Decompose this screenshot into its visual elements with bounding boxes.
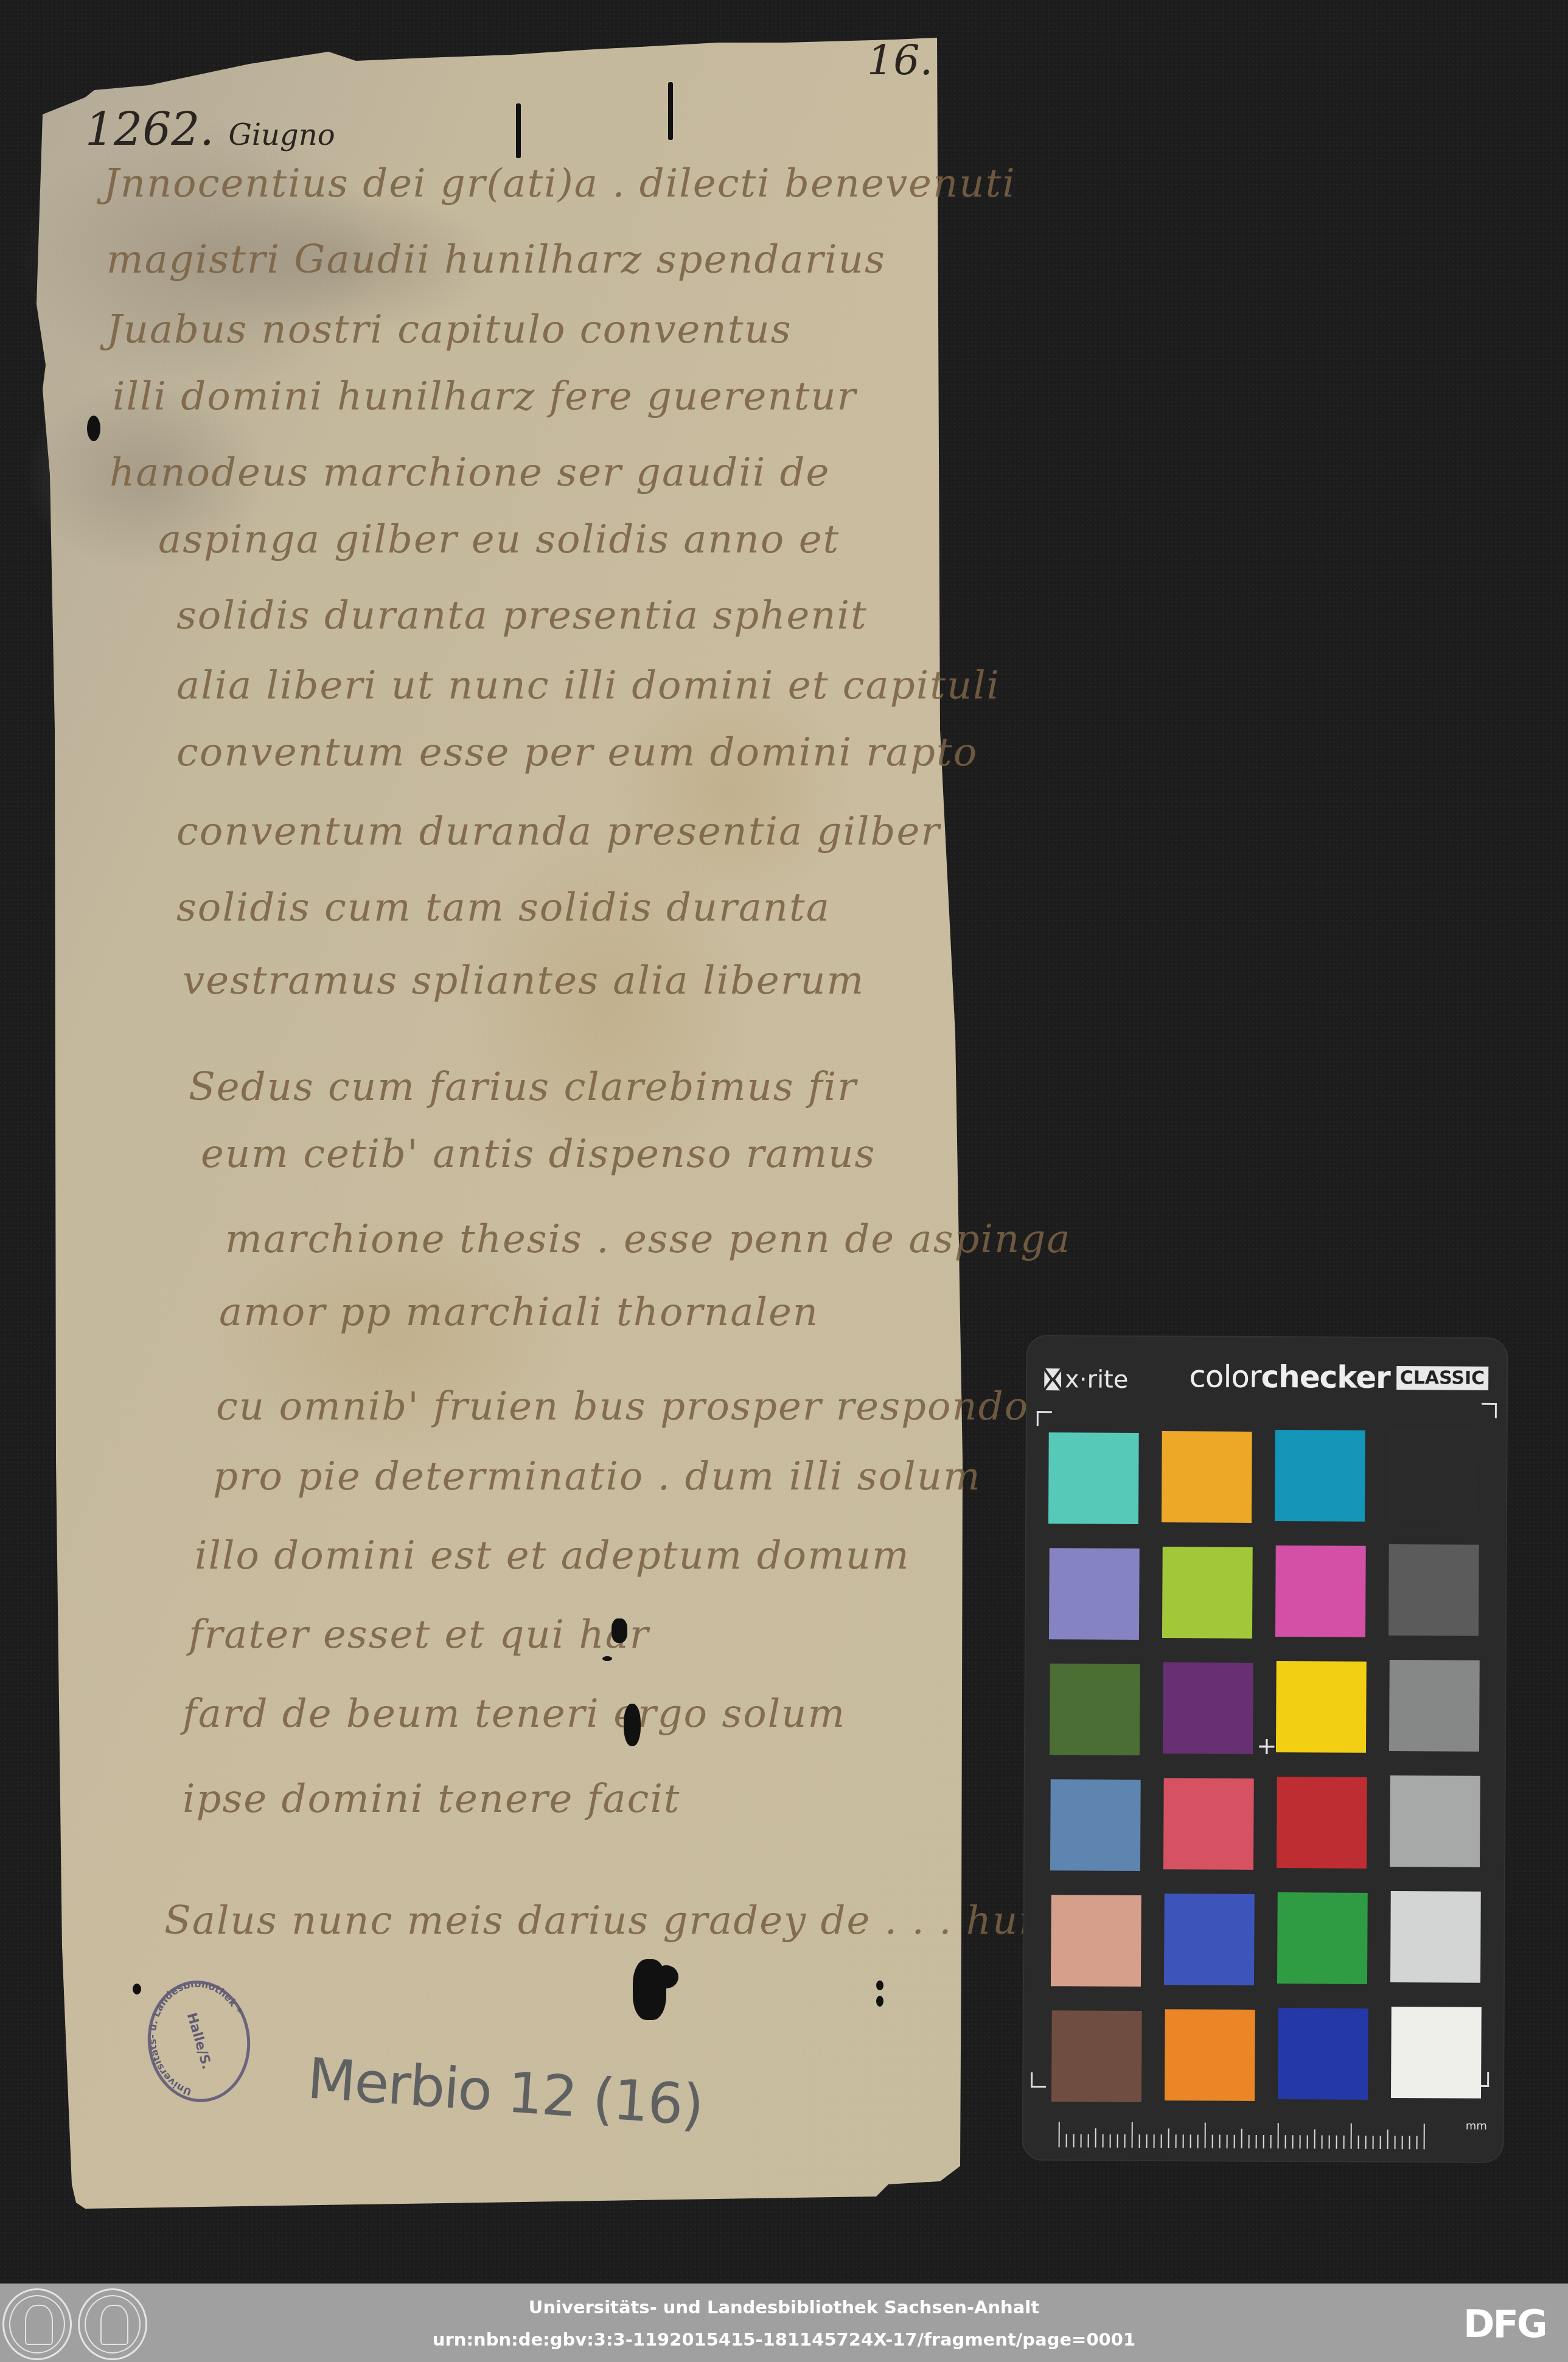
year-annotation: 1262. [85,103,214,156]
color-patch [1388,1429,1479,1521]
ruler-tick [1365,2136,1367,2149]
ruler-tick [1234,2135,1235,2148]
ruler-tick [1073,2134,1075,2147]
institution-name: Universitäts- und Landesbibliothek Sachs… [0,2297,1568,2318]
ruler-tick [1270,2135,1272,2148]
color-patch [1277,1892,1368,1984]
ruler-tick [1103,2134,1104,2148]
ruler-tick [1300,2135,1301,2148]
ruler-tick [1212,2135,1213,2148]
parchment-document: 1262. Giugno 16. Jnnocentius dei gr(ati)… [0,0,974,2251]
tear-mark [668,82,673,140]
ruler-tick [1183,2134,1184,2148]
ruler-tick [1263,2135,1264,2148]
ruler-tick [1256,2135,1257,2148]
manuscript-line: eum cetib' antis dispenso ramus [201,1132,876,1177]
ruler-tick [1343,2136,1345,2149]
damage-hole [624,1704,641,1746]
color-patch [1389,1544,1479,1636]
color-patch [1277,1777,1367,1869]
manuscript-line: magistri Gaudii hunilharz spendarius [106,237,886,282]
manuscript-line: Jnnocentius dei gr(ati)a . dilecti benev… [103,161,1016,206]
color-patch [1163,1778,1254,1870]
ruler-tick [1380,2136,1381,2149]
color-patch [1162,1547,1253,1639]
ruler-tick [1146,2134,1148,2148]
damage-hole [602,1656,612,1661]
date-annotation: 1262. Giugno [85,103,335,156]
product-light: color [1189,1359,1261,1395]
library-footer: Universitäts- und Landesbibliothek Sachs… [0,2284,1568,2362]
ruler-tick [1219,2135,1221,2148]
brand-name: x·rite [1065,1365,1128,1394]
ruler-tick [1110,2134,1111,2148]
registration-corner [1482,1403,1497,1418]
ruler-tick [1278,2123,1279,2148]
center-crosshair: + [1256,1734,1277,1758]
product-name: color checker CLASSIC [1189,1359,1488,1396]
manuscript-line: amor pp marchiali thornalen [219,1290,819,1335]
manuscript-line: frater esset et qui har [189,1612,649,1657]
product-bold: checker [1261,1359,1390,1395]
ruler-tick [1241,2129,1242,2148]
tear-mark [516,103,521,158]
ruler-unit: mm [1466,2120,1487,2133]
manuscript-line: Sedus cum farius clarebimus fir [189,1065,857,1110]
color-patch [1051,1895,1141,1987]
color-patch [1049,1548,1140,1640]
manuscript-line: marchione thesis . esse penn de aspinga [225,1217,1071,1262]
ruler-tick [1168,2128,1169,2148]
edition-tag: CLASSIC [1396,1366,1489,1390]
ruler-tick [1161,2134,1162,2148]
color-patch [1390,1775,1480,1867]
ruler-tick [1117,2134,1118,2148]
manuscript-line: solidis cum tam solidis duranta [176,885,831,930]
color-patch [1391,2007,1482,2099]
color-patch [1163,1662,1253,1754]
manuscript-line: cu omnib' fruien bus prosper respondo [216,1384,1029,1429]
ruler-tick [1139,2134,1140,2148]
ruler-tick [1409,2136,1410,2149]
ruler-tick [1373,2136,1374,2149]
ruler-tick [1395,2136,1396,2149]
manuscript-line: fard de beum teneri ergo solum [183,1691,846,1737]
manuscript-line: pro pie determinatio . dum illi solum [213,1454,981,1499]
ruler-tick [1059,2122,1060,2147]
ruler-tick [1132,2122,1133,2148]
ruler-tick [1424,2123,1425,2149]
ruler-tick [1197,2134,1199,2148]
ruler-tick [1336,2136,1337,2149]
ruler-tick [1190,2134,1191,2148]
manuscript-line: ipse domini tenere facit [183,1777,681,1822]
manuscript-line: illi domini hunilharz fere guerentur [113,374,857,419]
ruler-tick [1066,2134,1067,2147]
ruler-tick [1176,2134,1177,2148]
ruler-tick [1314,2129,1315,2148]
ruler-tick [1307,2135,1308,2148]
damage-hole [876,1981,883,1990]
ruler-tick [1088,2134,1089,2147]
ruler-tick [1402,2136,1403,2149]
folio-number: 16. [867,37,933,85]
ruler-tick [1292,2135,1294,2148]
manuscript-line: Juabus nostri capitulo conventus [106,307,792,352]
color-patch [1389,1660,1480,1752]
color-patch [1164,1893,1255,1985]
ruler-tick [1249,2135,1250,2148]
manuscript-line: solidis duranta presentia sphenit [176,593,868,638]
manuscript-line: alia liberi ut nunc illi domini et capit… [176,663,1000,708]
manuscript-line: aspinga gilber eu solidis anno et [158,517,840,562]
ruler-tick [1154,2134,1155,2148]
color-patch [1051,2010,1142,2102]
ruler-tick [1205,2122,1206,2148]
damage-hole [876,1996,883,2007]
registration-corner [1031,2072,1046,2088]
ruler-tick [1358,2136,1359,2149]
ruler-tick [1227,2135,1228,2148]
damage-hole [133,1984,141,1994]
mm-ruler [1059,2117,1436,2149]
color-checker-card: x·rite color checker CLASSIC + mm [1022,1335,1508,2163]
dfg-logo: DFG [1463,2302,1546,2346]
ruler-tick [1387,2130,1389,2149]
ruler-tick [1416,2136,1418,2149]
ruler-tick [1081,2134,1082,2147]
color-patch [1275,1545,1366,1637]
registration-corner [1037,1411,1052,1426]
manuscript-line: conventum esse per eum domini rapto [176,730,978,775]
color-patch [1050,1664,1140,1755]
ruler-tick [1285,2135,1286,2148]
color-patch [1165,2009,1255,2101]
color-patch [1162,1431,1252,1523]
manuscript-line: hanodeus marchione ser gaudii de [110,450,830,495]
manuscript-line: vestramus spliantes alia liberum [183,958,865,1003]
ruler-tick [1351,2123,1352,2149]
month-annotation: Giugno [228,118,335,152]
manuscript-line: illo domini est et adeptum domum [195,1533,910,1578]
color-patch [1276,1661,1367,1753]
ruler-tick [1124,2134,1126,2148]
color-patch [1050,1779,1141,1871]
ruler-tick [1329,2136,1330,2149]
ruler-tick [1322,2135,1323,2148]
manuscript-line: conventum duranda presentia gilber [176,809,941,854]
xrite-logo: x·rite [1044,1365,1128,1394]
xrite-mark-icon [1044,1367,1061,1392]
color-patch [1048,1432,1139,1524]
library-stamp: Universitäts- u. Landesbibliothek * Hall… [142,1976,256,2107]
manuscript-line: Salus nunc meis darius gradey de . . . h… [164,1898,1070,1943]
urn-identifier[interactable]: urn:nbn:de:gbv:3:3-1192015415-181145724X… [0,2329,1568,2350]
damage-hole [654,1965,678,1988]
ruler-tick [1095,2128,1096,2148]
punch-hole [87,416,100,441]
damage-hole [612,1618,627,1643]
color-patch [1390,1891,1481,1983]
color-patch [1278,2008,1368,2100]
color-patch [1275,1430,1365,1522]
